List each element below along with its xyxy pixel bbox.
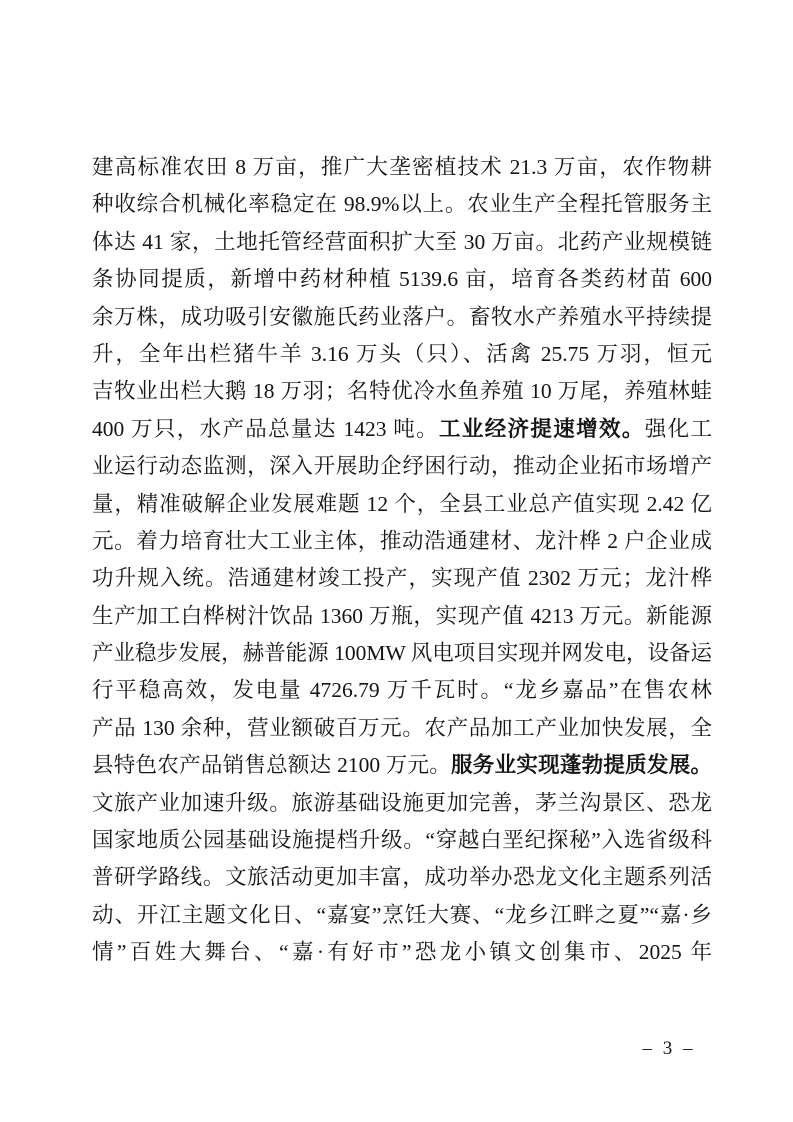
- text-segment: 400 万只，水产品总量达 1423 吨。: [92, 417, 439, 441]
- text-segment: 生产加工白桦树汁饮品 1360 万瓶，实现产值 4213 万元。新能源: [92, 604, 712, 628]
- text-segment: 情”百姓大舞台、“嘉·有好市”恐龙小镇文创集市、2025 年: [92, 940, 712, 964]
- text-line: 生产加工白桦树汁饮品 1360 万瓶，实现产值 4213 万元。新能源: [92, 598, 712, 635]
- text-segment: 动、开江主题文化日、“嘉宴”烹饪大赛、“龙乡江畔之夏”“嘉·乡: [92, 903, 712, 927]
- text-segment: 升，全年出栏猪牛羊 3.16 万头（只）、活禽 25.75 万羽，恒元: [92, 342, 712, 366]
- text-segment: 建高标准农田 8 万亩，推广大垄密植技术 21.3 万亩，农作物耕: [92, 155, 712, 179]
- text-segment: 吉牧业出栏大鹅 18 万羽；名特优冷水鱼养殖 10 万尾，养殖林蛙: [92, 379, 712, 403]
- text-segment: 元。着力培育壮大工业主体，推动浩通建材、龙汁桦 2 户企业成: [92, 529, 712, 553]
- text-line: 业运行动态监测，深入开展助企纾困行动，推动企业拓市场增产: [92, 448, 712, 485]
- text-line: 产业稳步发展，赫普能源 100MW 风电项目实现并网发电，设备运: [92, 635, 712, 672]
- bold-heading-segment: 工业经济提速增效。: [439, 417, 645, 441]
- page-number: – 3 –: [634, 1038, 704, 1060]
- text-line: 国家地质公园基础设施提档升级。“穿越白垩纪探秘”入选省级科: [92, 822, 712, 859]
- text-segment: 条协同提质，新增中药材种植 5139.6 亩，培育各类药材苗 600: [92, 267, 712, 291]
- text-segment: 普研学路线。文旅活动更加丰富，成功举办恐龙文化主题系列活: [92, 865, 712, 889]
- text-segment: 产业稳步发展，赫普能源 100MW 风电项目实现并网发电，设备运: [92, 641, 712, 665]
- text-segment: 功升规入统。浩通建材竣工投产，实现产值 2302 万元；龙汁桦: [92, 566, 712, 590]
- text-line: 产品 130 余种，营业额破百万元。农产品加工产业加快发展，全: [92, 710, 712, 747]
- text-line: 400 万只，水产品总量达 1423 吨。工业经济提速增效。强化工: [92, 411, 712, 448]
- text-line: 动、开江主题文化日、“嘉宴”烹饪大赛、“龙乡江畔之夏”“嘉·乡: [92, 897, 712, 934]
- text-line: 功升规入统。浩通建材竣工投产，实现产值 2302 万元；龙汁桦: [92, 560, 712, 597]
- text-line: 升，全年出栏猪牛羊 3.16 万头（只）、活禽 25.75 万羽，恒元: [92, 336, 712, 373]
- text-segment: 国家地质公园基础设施提档升级。“穿越白垩纪探秘”入选省级科: [92, 828, 712, 852]
- text-line: 余万株，成功吸引安徽施氏药业落户。畜牧水产养殖水平持续提: [92, 299, 712, 336]
- text-line: 条协同提质，新增中药材种植 5139.6 亩，培育各类药材苗 600: [92, 261, 712, 298]
- text-line: 情”百姓大舞台、“嘉·有好市”恐龙小镇文创集市、2025 年: [92, 934, 712, 971]
- text-segment: 种收综合机械化率稳定在 98.9%以上。农业生产全程托管服务主: [92, 192, 712, 216]
- text-line: 元。着力培育壮大工业主体，推动浩通建材、龙汁桦 2 户企业成: [92, 523, 712, 560]
- text-block: 建高标准农田 8 万亩，推广大垄密植技术 21.3 万亩，农作物耕种收综合机械化…: [92, 149, 712, 972]
- text-segment: 产品 130 余种，营业额破百万元。农产品加工产业加快发展，全: [92, 716, 712, 740]
- text-segment: 业运行动态监测，深入开展助企纾困行动，推动企业拓市场增产: [92, 454, 712, 478]
- bold-heading-segment: 服务业实现蓬勃提质发展。: [451, 753, 712, 777]
- text-line: 普研学路线。文旅活动更加丰富，成功举办恐龙文化主题系列活: [92, 859, 712, 896]
- text-line: 行平稳高效，发电量 4726.79 万千瓦时。“龙乡嘉品”在售农林: [92, 672, 712, 709]
- text-line: 吉牧业出栏大鹅 18 万羽；名特优冷水鱼养殖 10 万尾，养殖林蛙: [92, 373, 712, 410]
- text-segment: 强化工: [645, 417, 712, 441]
- document-page: 建高标准农田 8 万亩，推广大垄密植技术 21.3 万亩，农作物耕种收综合机械化…: [0, 0, 793, 1122]
- text-segment: 文旅产业加速升级。旅游基础设施更加完善，茅兰沟景区、恐龙: [92, 791, 712, 815]
- text-segment: 体达 41 家，土地托管经营面积扩大至 30 万亩。北药产业规模链: [92, 230, 712, 254]
- text-segment: 县特色农产品销售总额达 2100 万元。: [92, 753, 451, 777]
- text-segment: 余万株，成功吸引安徽施氏药业落户。畜牧水产养殖水平持续提: [92, 305, 712, 329]
- text-line: 文旅产业加速升级。旅游基础设施更加完善，茅兰沟景区、恐龙: [92, 785, 712, 822]
- text-segment: 行平稳高效，发电量 4726.79 万千瓦时。“龙乡嘉品”在售农林: [92, 678, 712, 702]
- text-line: 种收综合机械化率稳定在 98.9%以上。农业生产全程托管服务主: [92, 186, 712, 223]
- text-line: 建高标准农田 8 万亩，推广大垄密植技术 21.3 万亩，农作物耕: [92, 149, 712, 186]
- text-line: 县特色农产品销售总额达 2100 万元。服务业实现蓬勃提质发展。: [92, 747, 712, 784]
- text-segment: 量，精准破解企业发展难题 12 个，全县工业总产值实现 2.42 亿: [92, 492, 712, 516]
- text-line: 体达 41 家，土地托管经营面积扩大至 30 万亩。北药产业规模链: [92, 224, 712, 261]
- text-line: 量，精准破解企业发展难题 12 个，全县工业总产值实现 2.42 亿: [92, 486, 712, 523]
